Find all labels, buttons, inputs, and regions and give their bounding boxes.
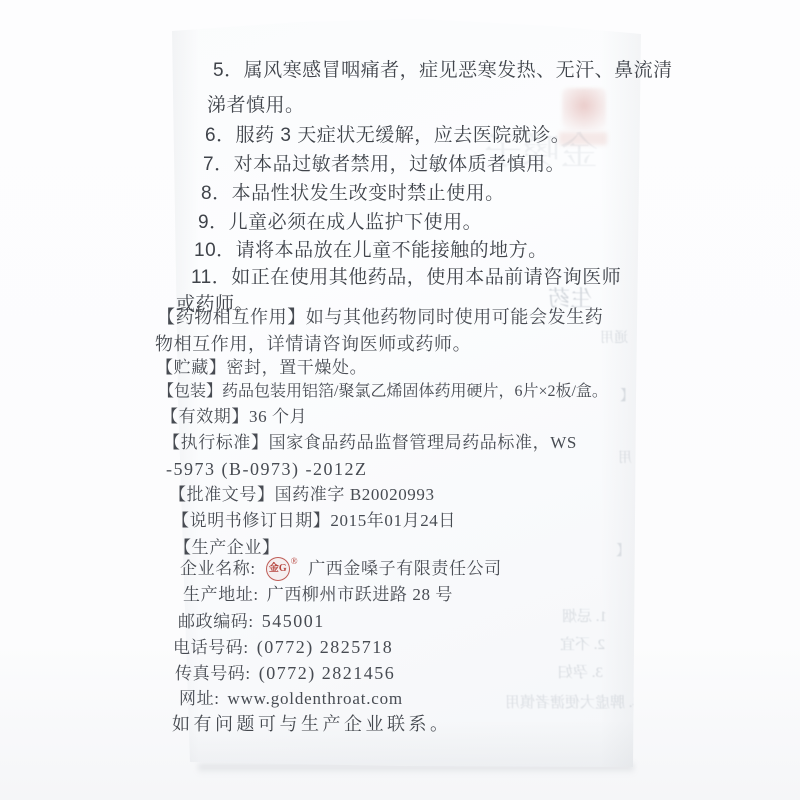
company-name-row: 企业名称: 金G ® 广西金嗓子有限责任公司 xyxy=(180,557,502,581)
company-phone-label: 电话号码: xyxy=(173,638,249,658)
precaution-item-5-line-2: 涕者慎用。 xyxy=(207,95,305,117)
company-address-value: 广西柳州市跃进路 28 号 xyxy=(267,585,453,605)
precaution-item-7: 7．对本品过敏者禁用，过敏体质者慎用。 xyxy=(203,154,565,176)
company-fax-label: 传真号码: xyxy=(175,664,251,684)
seal-text: 金G xyxy=(266,557,290,581)
section-interaction-line-2: 物相互作用，详情请咨询医师或药师。 xyxy=(155,334,471,355)
company-postcode-value: 545001 xyxy=(262,611,325,632)
precaution-item-9: 9．儿童必须在成人监护下使用。 xyxy=(198,212,482,234)
company-postcode-label: 邮政编码: xyxy=(178,612,254,632)
company-phone-value: (0772) 2825718 xyxy=(257,637,394,658)
section-packaging: 【包装】药品包装用铝箔/聚氯乙烯固体药用硬片，6片×2板/盒。 xyxy=(158,383,608,401)
precaution-item-10: 10．请将本品放在儿童不能接触的地方。 xyxy=(194,240,548,262)
company-address-label: 生产地址: xyxy=(183,585,259,605)
company-website-row: 网址: www.goldenthroat.com xyxy=(179,689,403,709)
product-insert-photo: 金嗓子 生药 通用 【 用 【 1. 忌烟 2. 不宜 3. 孕妇 4. 脾虚大… xyxy=(0,0,800,800)
section-storage: 【贮藏】密封，置干燥处。 xyxy=(156,358,367,378)
registered-mark-icon: ® xyxy=(291,557,298,566)
precaution-item-5-line-1: 5．属风寒感冒咽痛者，症见恶寒发热、无汗、鼻流清 xyxy=(213,60,673,82)
company-website-value: www.goldenthroat.com xyxy=(228,689,403,709)
contact-note: 如有问题可与生产企业联系。 xyxy=(172,714,452,735)
company-fax-row: 传真号码: (0772) 2821456 xyxy=(175,663,395,684)
company-name-label: 企业名称: xyxy=(180,559,256,579)
company-postcode-row: 邮政编码: 545001 xyxy=(178,611,325,632)
section-standard-line-1: 【执行标准】国家食品药品监督管理局药品标准，WS xyxy=(163,433,577,453)
leaflet-text: 5．属风寒感冒咽痛者，症见恶寒发热、无汗、鼻流清 涕者慎用。 6．服药 3 天症… xyxy=(0,0,800,800)
precaution-item-6: 6．服药 3 天症状无缓解，应去医院就诊。 xyxy=(205,125,570,147)
company-website-label: 网址: xyxy=(179,689,220,709)
section-approval-number: 【批准文号】国药准字 B20020993 xyxy=(169,485,435,505)
golden-throat-seal-icon: 金G ® xyxy=(266,557,298,581)
company-phone-row: 电话号码: (0772) 2825718 xyxy=(173,637,393,658)
precaution-item-11-line-1: 11．如正在使用其他药品，使用本品前请咨询医师 xyxy=(191,267,621,289)
section-standard-line-2: -5973 (B-0973) -2012Z xyxy=(166,459,367,480)
company-name-value: 广西金嗓子有限责任公司 xyxy=(308,559,502,579)
section-revision-date: 【说明书修订日期】2015年01月24日 xyxy=(172,511,456,531)
section-interaction-line-1: 【药物相互作用】如与其他药物同时使用可能会发生药 xyxy=(157,307,603,328)
company-fax-value: (0772) 2821456 xyxy=(259,663,396,684)
precaution-item-8: 8．本品性状发生改变时禁止使用。 xyxy=(201,183,505,205)
section-manufacturer-header: 【生产企业】 xyxy=(174,538,280,558)
section-validity: 【有效期】36 个月 xyxy=(161,407,307,427)
company-address-row: 生产地址: 广西柳州市跃进路 28 号 xyxy=(183,585,453,605)
